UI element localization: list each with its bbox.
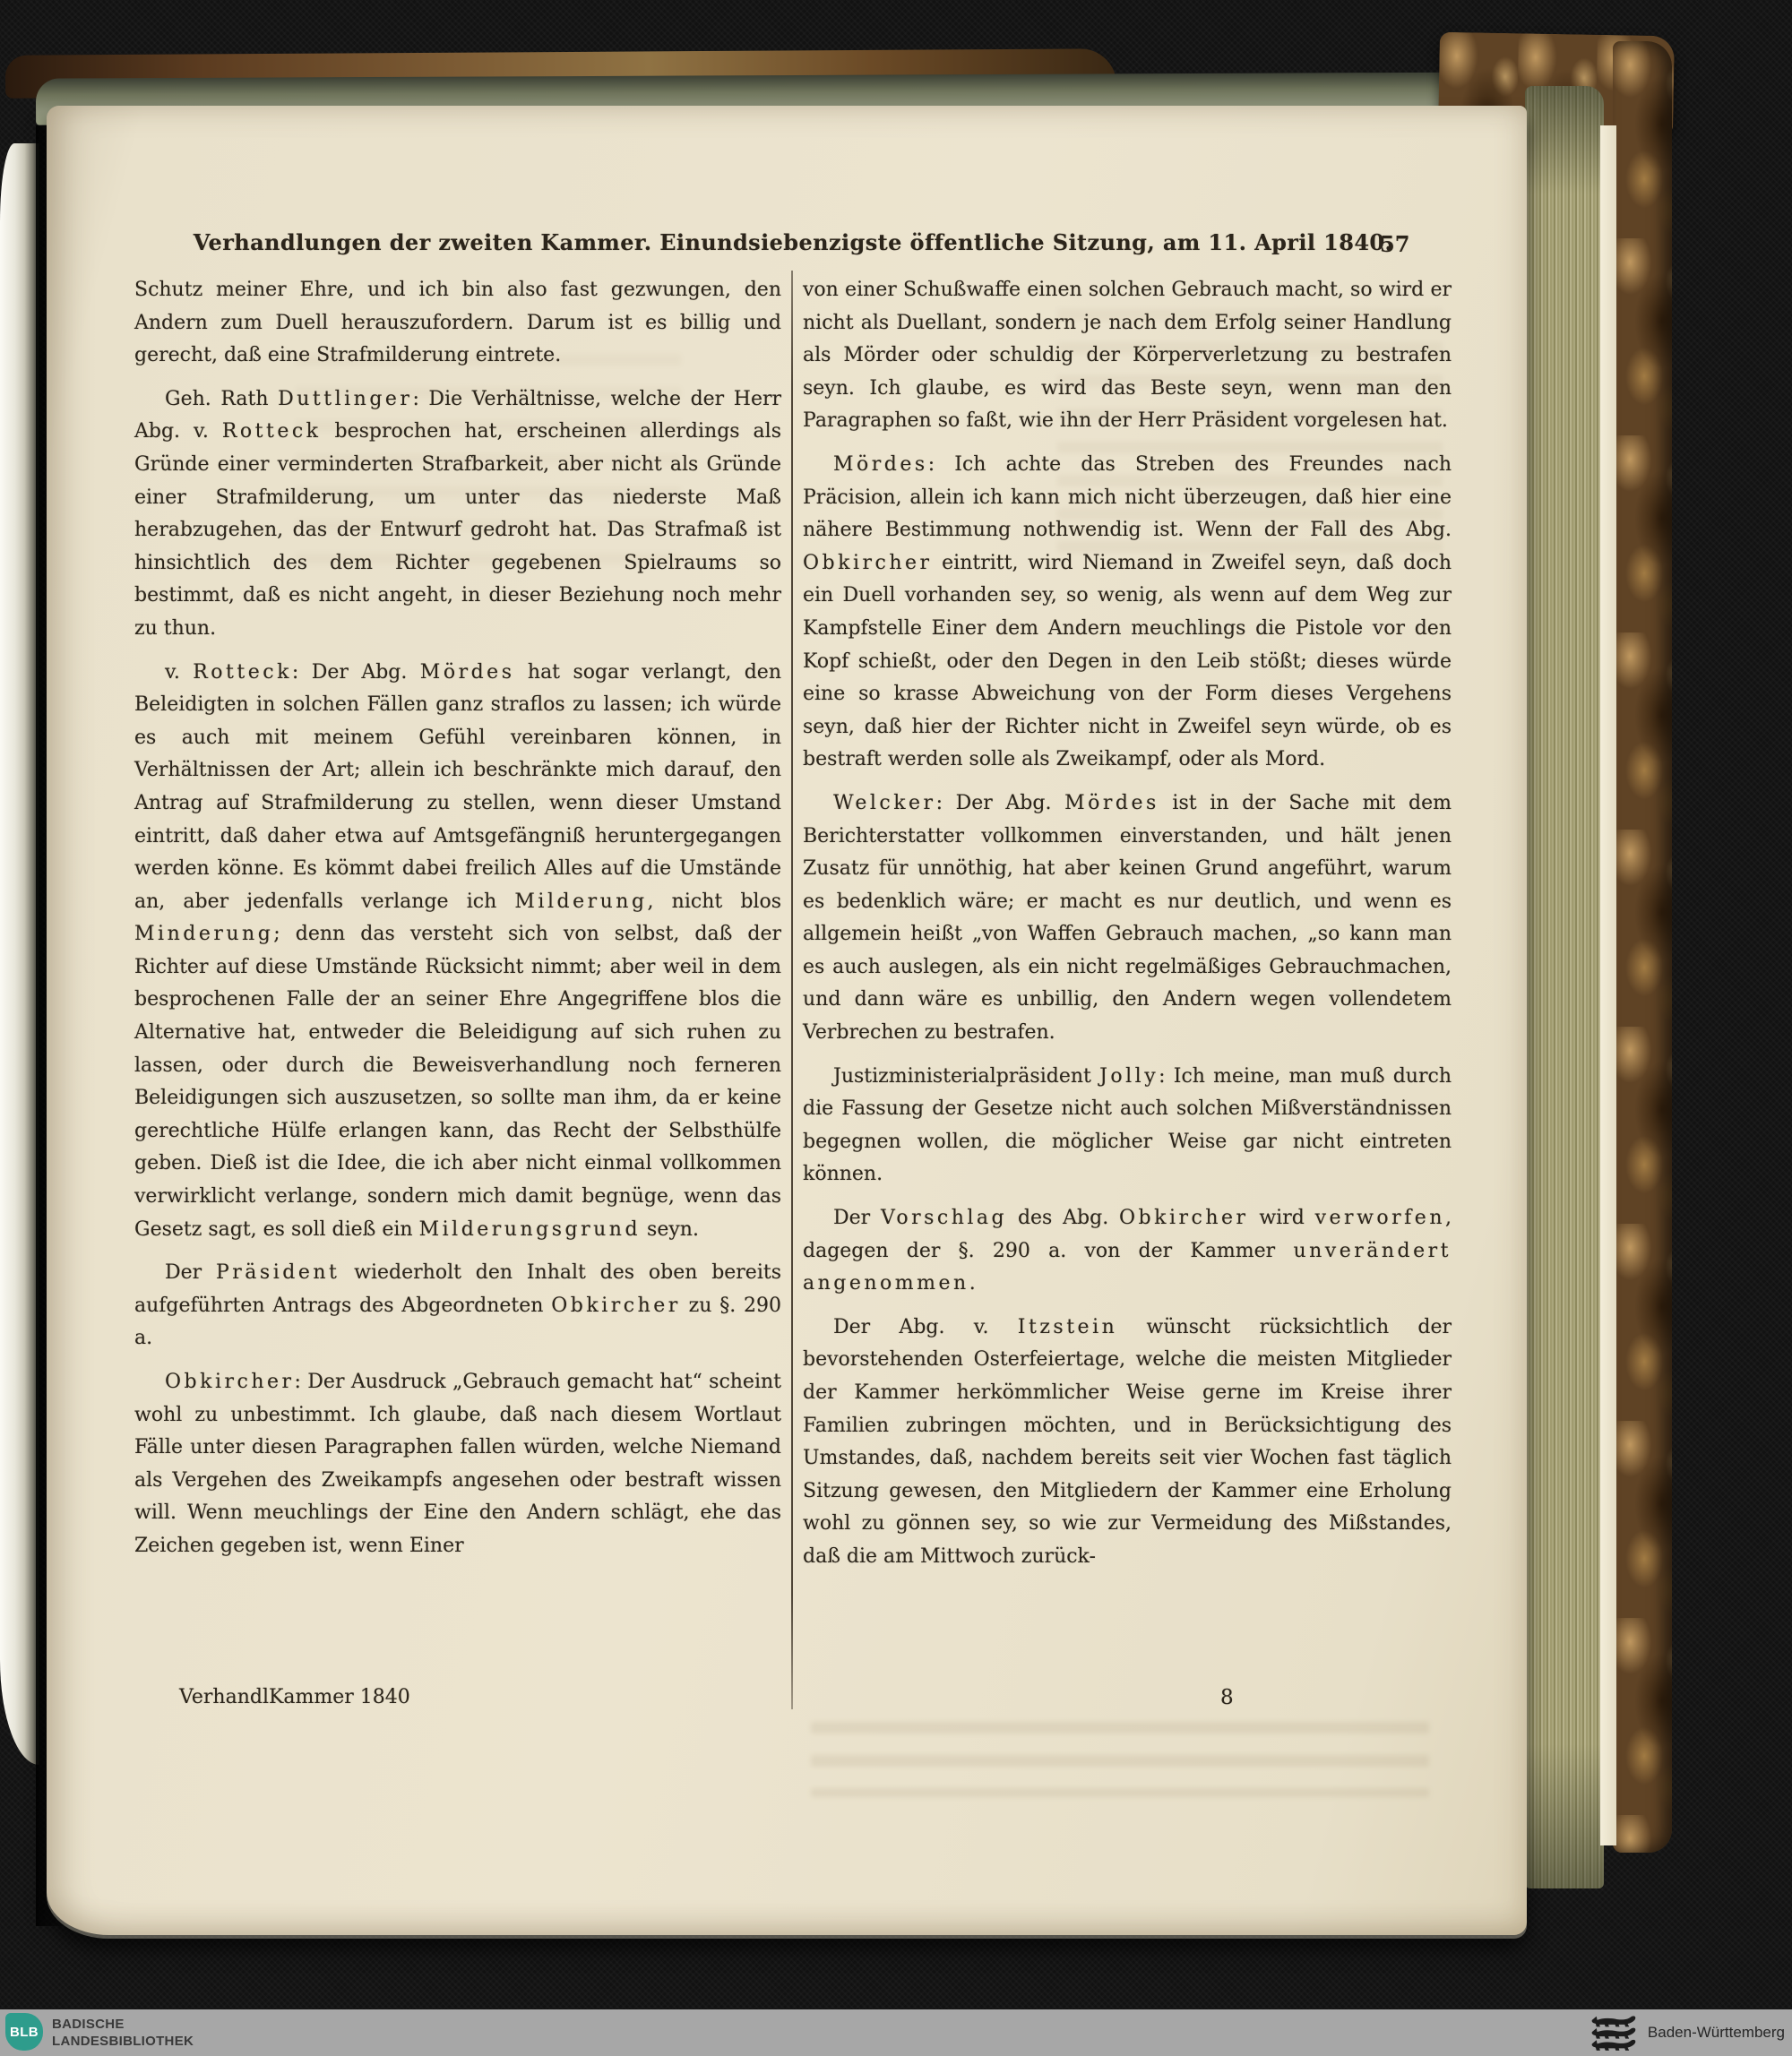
speaker-name: Itzstein	[1018, 1316, 1117, 1338]
paper-edge-strip	[1600, 125, 1616, 1845]
speaker-name: Milderung	[514, 890, 647, 913]
volume-signature: VerhandlKammer 1840	[179, 1686, 410, 1708]
marbled-cover-edge	[1613, 41, 1672, 1853]
speaker-name: Mördes	[1064, 792, 1159, 814]
paragraph: Welcker: Der Abg. Mördes ist in der Sach…	[803, 787, 1452, 1050]
state-brand: Baden-Württemberg	[1587, 2009, 1785, 2056]
baden-wuerttemberg-lions-icon	[1587, 2013, 1639, 2052]
speaker-name: Milderungsgrund	[419, 1218, 641, 1241]
blb-library-logo-icon: BLB	[5, 2013, 43, 2051]
library-name-line2: LANDESBIBLIOTHEK	[52, 2033, 194, 2050]
paragraph: Der Präsident wiederholt den Inhalt des …	[134, 1257, 781, 1355]
speaker-name: Präsident	[216, 1261, 340, 1284]
speaker-name: Rotteck	[193, 661, 292, 684]
digitized-book-viewer-image: Verhandlungen der zweiten Kammer. Einund…	[0, 0, 1792, 2056]
library-name-line1: BADISCHE	[52, 2016, 194, 2033]
ink-bleedthrough	[811, 1722, 1429, 1797]
page-number: 57	[1380, 231, 1409, 257]
speaker-name: Vorschlag	[881, 1207, 1007, 1229]
text-column-right: von einer Schußwaffe einen solchen Gebra…	[803, 274, 1452, 1585]
speaker-name: verworfen	[1315, 1207, 1445, 1229]
speaker-name: Obkircher	[551, 1295, 681, 1317]
speaker-name: Duttlinger	[278, 388, 412, 410]
speaker-name: Obkircher	[803, 552, 933, 574]
fore-edge-page-stack	[1525, 86, 1604, 1888]
speaker-name: Mördes	[833, 453, 928, 476]
speaker-name: Welcker	[833, 792, 936, 814]
paragraph: v. Rotteck: Der Abg. Mördes hat sogar ve…	[134, 657, 781, 1247]
paragraph: Der Abg. v. Itzstein wünscht rücksichtli…	[803, 1312, 1452, 1574]
speaker-name: Obkircher	[1119, 1207, 1249, 1229]
library-name: BADISCHE LANDESBIBLIOTHEK	[52, 2016, 194, 2050]
speaker-name: Minderung	[134, 923, 273, 945]
left-page-edges	[0, 143, 39, 1765]
speaker-name: unverändert angenommen	[803, 1240, 1452, 1295]
paragraph: Obkircher: Der Ausdruck „Gebrauch gemach…	[134, 1366, 781, 1563]
paragraph: Geh. Rath Duttlinger: Die Verhältnisse, …	[134, 383, 781, 646]
speaker-name: Mördes	[420, 661, 515, 684]
speaker-name: Rotteck	[222, 420, 322, 443]
paragraph: von einer Schußwaffe einen solchen Gebra…	[803, 274, 1452, 438]
speaker-name: Obkircher	[165, 1371, 295, 1393]
sheet-signature-number: 8	[1220, 1686, 1234, 1709]
text-column-left: Schutz meiner Ehre, und ich bin also fas…	[134, 274, 781, 1574]
paragraph: Der Vorschlag des Abg. Obkircher wird ve…	[803, 1202, 1452, 1301]
running-head: Verhandlungen der zweiten Kammer. Einund…	[134, 229, 1452, 255]
blb-logo-label: BLB	[10, 2025, 39, 2040]
speaker-name: Jolly	[1099, 1065, 1159, 1088]
state-name: Baden-Württemberg	[1648, 2024, 1785, 2042]
paragraph: Schutz meiner Ehre, und ich bin also fas…	[134, 274, 781, 373]
paragraph: Justizministerialpräsident Jolly: Ich me…	[803, 1061, 1452, 1191]
column-divider-rule	[791, 271, 793, 1709]
library-footer-bar: BLB BADISCHE LANDESBIBLIOTHEK Baden-Würt…	[0, 2009, 1792, 2056]
paragraph: Mördes: Ich achte das Streben des Freund…	[803, 449, 1452, 777]
